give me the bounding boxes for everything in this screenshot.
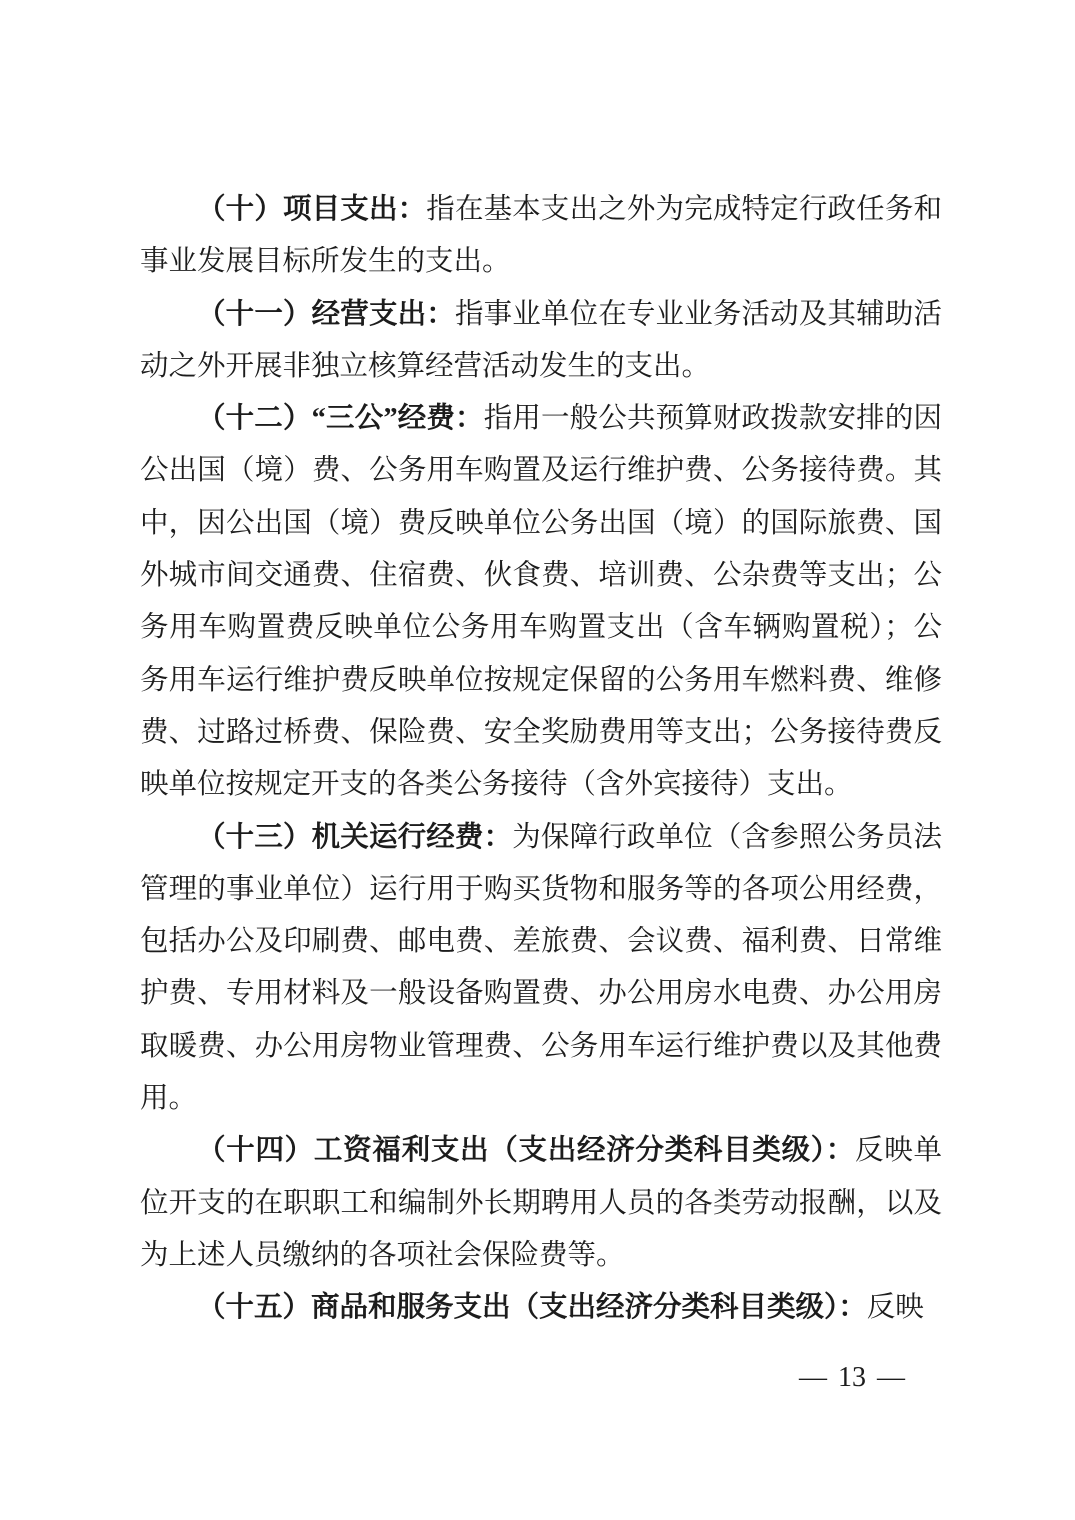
definition-item-10: （十）项目支出：指在基本支出之外为完成特定行政任务和事业发展目标所发生的支出。 [140, 184, 942, 289]
definition-item-13: （十三）机关运行经费：为保障行政单位（含参照公务员法管理的事业单位）运行用于购买… [140, 812, 942, 1126]
term-label-15: （十五）商品和服务支出（支出经济分类科目类级）： [197, 1292, 867, 1323]
page-number: — 13 — [799, 1360, 905, 1396]
term-label-11: （十一）经营支出： [197, 299, 455, 330]
definition-item-11: （十一）经营支出：指事业单位在专业业务活动及其辅助活动之外开展非独立核算经营活动… [140, 289, 942, 394]
term-label-10: （十）项目支出： [197, 194, 426, 225]
term-label-12: （十二）“三公”经费： [197, 403, 484, 434]
document-body: （十）项目支出：指在基本支出之外为完成特定行政任务和事业发展目标所发生的支出。 … [140, 184, 942, 1335]
definition-item-14: （十四）工资福利支出（支出经济分类科目类级）：反映单位开支的在职职工和编制外长期… [140, 1125, 942, 1282]
document-page: （十）项目支出：指在基本支出之外为完成特定行政任务和事业发展目标所发生的支出。 … [0, 0, 1075, 1520]
term-label-13: （十三）机关运行经费： [197, 822, 512, 853]
term-definition-13: 为保障行政单位（含参照公务员法管理的事业单位）运行用于购买货物和服务等的各项公用… [140, 822, 942, 1114]
term-definition-12: 指用一般公共预算财政拨款安排的因公出国（境）费、公务用车购置及运行维护费、公务接… [140, 403, 942, 800]
term-definition-15: 反映 [867, 1292, 924, 1323]
definition-item-12: （十二）“三公”经费：指用一般公共预算财政拨款安排的因公出国（境）费、公务用车购… [140, 393, 942, 811]
term-label-14: （十四）工资福利支出（支出经济分类科目类级）： [197, 1135, 855, 1166]
definition-item-15: （十五）商品和服务支出（支出经济分类科目类级）：反映 [140, 1282, 942, 1334]
